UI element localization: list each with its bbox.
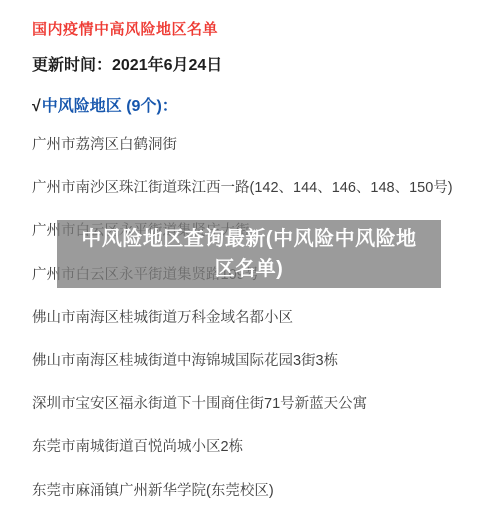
medium-risk-section-heading: √中风险地区 (9个)： bbox=[32, 93, 178, 116]
risk-area-item: 东莞市麻涌镇广州新华学院(东莞校区) bbox=[32, 470, 453, 511]
risk-area-item: 广州市南沙区珠江街道珠江西一路(142、144、146、148、150号) bbox=[32, 167, 453, 210]
risk-area-item: 佛山市南海区桂城街道万科金域名都小区 bbox=[32, 297, 453, 340]
page-title: 国内疫情中高风险地区名单 bbox=[32, 18, 218, 39]
risk-area-item: 佛山市南海区桂城街道中海锦城国际花园3街3栋 bbox=[32, 340, 453, 383]
check-icon: √ bbox=[32, 98, 41, 115]
risk-area-item: 深圳市宝安区福永街道下十围商住街71号新蓝天公寓 bbox=[32, 383, 453, 426]
risk-area-item: 广州市荔湾区白鹤洞街 bbox=[32, 124, 453, 167]
update-time-label: 更新时间：2021年6月24日 bbox=[32, 52, 222, 75]
risk-area-item: 东莞市南城街道百悦尚城小区2栋 bbox=[32, 426, 453, 469]
watermark-text: 中风险地区查询最新(中风险中风险地区名单) bbox=[77, 224, 421, 284]
section-heading-label: 中风险地区 (9个)： bbox=[42, 98, 178, 115]
risk-area-list: 广州市荔湾区白鹤洞街 广州市南沙区珠江街道珠江西一路(142、144、146、1… bbox=[32, 124, 453, 511]
article-page: 国内疫情中高风险地区名单 更新时间：2021年6月24日 √中风险地区 (9个)… bbox=[0, 0, 500, 511]
watermark-overlay: 中风险地区查询最新(中风险中风险地区名单) bbox=[57, 220, 441, 288]
